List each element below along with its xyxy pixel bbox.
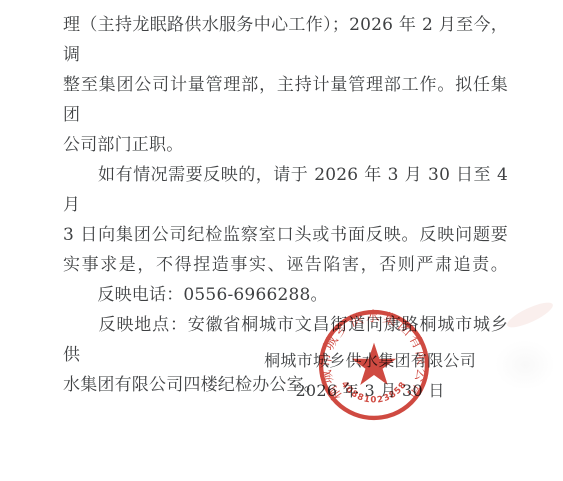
body-line-3: 公司部门正职。 bbox=[63, 130, 508, 160]
body-line-6: 实事求是，不得捏造事实、诬告陷害，否则严肃追责。 bbox=[63, 250, 508, 280]
body-line-2: 整至集团公司计量管理部，主持计量管理部工作。拟任集团 bbox=[63, 70, 508, 130]
body-line-5: 3 日向集团公司纪检监察室口头或书面反映。反映问题要 bbox=[63, 220, 508, 250]
seal-star-icon bbox=[352, 343, 397, 385]
body-line-1: 理（主持龙眠路供水服务中心工作）；2026 年 2 月至今，调 bbox=[63, 10, 508, 70]
body-line-7: 反映电话：0556-6966288。 bbox=[63, 280, 508, 310]
document-body: 理（主持龙眠路供水服务中心工作）；2026 年 2 月至今，调 整至集团公司计量… bbox=[63, 10, 508, 400]
scan-smudge bbox=[504, 298, 555, 332]
body-line-4: 如有情况需要反映的，请于 2026 年 3 月 30 日至 4 月 bbox=[63, 160, 508, 220]
document-page: 理（主持龙眠路供水服务中心工作）；2026 年 2 月至今，调 整至集团公司计量… bbox=[0, 0, 563, 481]
official-seal-stamp: 桐城市城乡供水集团有限公司 3408810238580 bbox=[317, 308, 431, 422]
